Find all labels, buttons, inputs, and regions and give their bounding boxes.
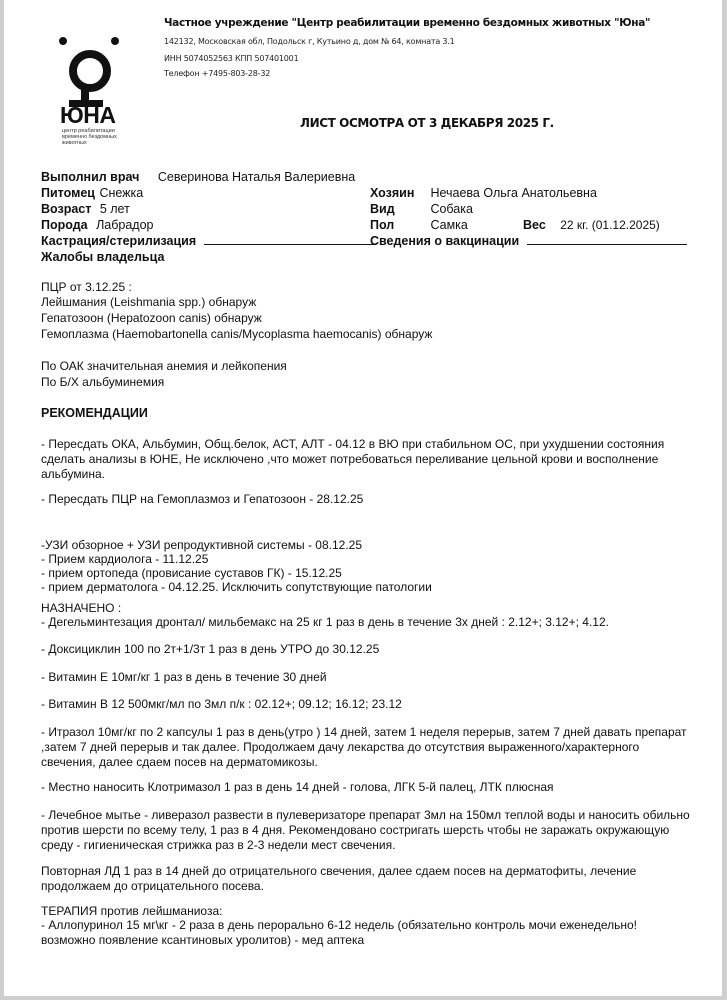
therapy-heading: ТЕРАПИЯ против лейшманиоза: bbox=[41, 904, 222, 919]
prescribed-item: - Доксициклин 100 по 2т+1/3т 1 раз в ден… bbox=[41, 642, 379, 657]
owner-value: Нечаева Ольга Анатольевна bbox=[430, 186, 596, 200]
logo-tagline: центр реабилитации временно бездомных жи… bbox=[62, 128, 128, 146]
logo-dot-right bbox=[111, 37, 119, 45]
appointment-item: - Прием кардиолога - 11.12.25 bbox=[41, 552, 208, 567]
logo-ring bbox=[69, 50, 111, 92]
vaccination-label: Сведения о вакцинации bbox=[370, 234, 519, 248]
castration-label: Кастрация/стерилизация bbox=[41, 234, 196, 248]
field-vaccination: Сведения о вакцинации bbox=[370, 232, 687, 250]
complaints-label: Жалобы владельца bbox=[41, 250, 164, 264]
pet-value: Снежка bbox=[99, 186, 143, 200]
sex-label: Пол bbox=[370, 218, 426, 232]
recommendation-item: - Пересдать ПЦР на Гемоплазмоз и Гепатоз… bbox=[41, 492, 363, 507]
species-value: Собака bbox=[430, 202, 473, 216]
logo-dot-left bbox=[59, 37, 67, 45]
breed-label: Порода bbox=[41, 218, 88, 232]
recommendations-heading: РЕКОМЕНДАЦИИ bbox=[41, 406, 148, 420]
prescribed-item: - Витамин Е 10мг/кг 1 раз в день в течен… bbox=[41, 670, 327, 685]
vaccination-field[interactable] bbox=[527, 234, 687, 245]
document-page: ЮНА центр реабилитации временно бездомны… bbox=[4, 0, 722, 996]
lab-result: По Б/Х альбуминемия bbox=[41, 375, 164, 390]
prescribed-item: - Местно наносить Клотримазол 1 раз в де… bbox=[41, 780, 554, 795]
weight-label: Вес bbox=[523, 218, 546, 232]
organization-address: 142132, Московская обл, Подольск г, Куть… bbox=[164, 37, 455, 46]
doctor-value: Северинова Наталья Валериевна bbox=[158, 170, 355, 184]
pcr-title: ПЦР от 3.12.25 : bbox=[41, 280, 132, 295]
sex-value: Самка bbox=[430, 218, 467, 232]
recommendation-item: - Пересдать ОКА, Альбумин, Общ.белок, АС… bbox=[41, 437, 691, 482]
castration-field[interactable] bbox=[204, 234, 376, 245]
doctor-label: Выполнил врач bbox=[41, 170, 139, 184]
prescribed-item: - Лечебное мытье - ливеразол развести в … bbox=[41, 808, 691, 853]
breed-value: Лабрадор bbox=[96, 218, 153, 232]
pet-label: Питомец bbox=[41, 186, 95, 200]
prescribed-item: - Витамин В 12 500мкг/мл по 3мл п/к : 02… bbox=[41, 697, 402, 712]
organization-phone: Телефон +7495-803-28-32 bbox=[164, 69, 270, 78]
appointment-item: - прием дерматолога - 04.12.25. Исключит… bbox=[41, 580, 432, 595]
owner-label: Хозяин bbox=[370, 186, 426, 200]
page-title: ЛИСТ ОСМОТРА ОТ 3 ДЕКАБРЯ 2025 Г. bbox=[300, 116, 554, 130]
prescribed-item: - Дегельминтезация дронтал/ мильбемакс н… bbox=[41, 615, 609, 630]
age-label: Возраст bbox=[41, 202, 91, 216]
appointment-item: - прием ортопеда (провисание суставов ГК… bbox=[41, 566, 342, 581]
field-complaints: Жалобы владельца bbox=[41, 248, 164, 266]
therapy-item: - Аллопуринол 15 мг\кг - 2 раза в день п… bbox=[41, 918, 691, 948]
appointment-item: -УЗИ обзорное + УЗИ репродуктивной систе… bbox=[41, 538, 362, 553]
pcr-result: Лейшмания (Leishmania spp.) обнаруж bbox=[41, 295, 256, 310]
yuna-logo-icon: ЮНА центр реабилитации временно бездомны… bbox=[56, 36, 128, 148]
species-label: Вид bbox=[370, 202, 426, 216]
logo-wordmark: ЮНА bbox=[60, 102, 115, 129]
logo-stem bbox=[81, 90, 89, 100]
weight-value: 22 кг. (01.12.2025) bbox=[560, 218, 660, 232]
pcr-result: Гепатозоон (Hepatozoon canis) обнаруж bbox=[41, 311, 262, 326]
pcr-result: Гемоплазма (Haemobartonella canis/Mycopl… bbox=[41, 327, 432, 342]
prescribed-item: Повторная ЛД 1 раз в 14 дней до отрицате… bbox=[41, 864, 691, 894]
prescribed-item: - Итразол 10мг/кг по 2 капсулы 1 раз в д… bbox=[41, 725, 691, 770]
organization-tax-ids: ИНН 5074052563 КПП 507401001 bbox=[164, 54, 298, 63]
organization-name: Частное учреждение "Центр реабилитации в… bbox=[164, 17, 650, 29]
lab-result: По ОАК значительная анемия и лейкопения bbox=[41, 359, 287, 374]
age-value: 5 лет bbox=[100, 202, 130, 216]
prescribed-heading: НАЗНАЧЕНО : bbox=[41, 601, 121, 616]
